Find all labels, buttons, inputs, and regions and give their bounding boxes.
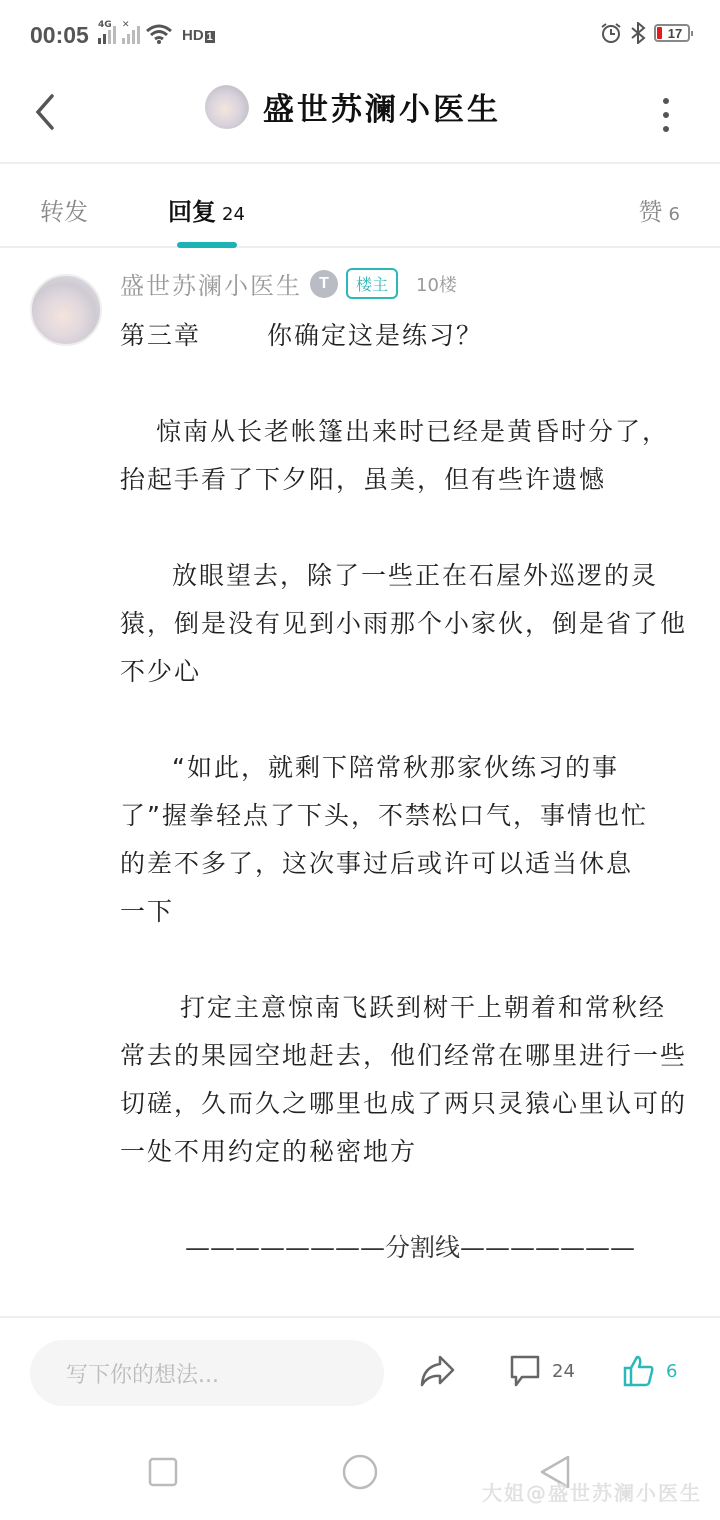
paragraph: “如此，就剩下陪常秋那家伙练习的事了”握拳轻点了下头，不禁松口气，事情也忙的差不…	[120, 744, 690, 936]
comment-count: 24	[552, 1361, 575, 1382]
square-icon	[148, 1457, 178, 1487]
level-badge-icon: T	[310, 270, 338, 298]
page-title: 盛世苏澜小医生	[263, 84, 501, 129]
share-button[interactable]	[418, 1354, 456, 1388]
chapter-number: 第三章	[120, 312, 201, 360]
chevron-left-icon	[30, 92, 60, 132]
post-content: 第三章 你确定这是练习？ 惊南从长老帐篷出来时已经是黄昏时分了，抬起手看了下夕阳…	[120, 312, 690, 1272]
more-options-button[interactable]	[660, 98, 672, 132]
top-app-bar: 盛世苏澜小医生	[0, 70, 720, 164]
bottom-action-bar: 写下你的想法... 24 6	[0, 1316, 720, 1424]
battery-icon: 17	[654, 24, 690, 42]
home-button[interactable]	[341, 1453, 379, 1495]
back-button[interactable]	[30, 92, 60, 132]
status-bar: 00:05 4G ✕ HD1 17	[0, 0, 720, 70]
status-time: 00:05	[30, 22, 89, 49]
post-meta: 盛世苏澜小医生 T 楼主 10楼	[120, 266, 457, 301]
paragraph: 放眼望去，除了一些正在石屋外巡逻的灵猿，倒是没有见到小雨那个小家伙，倒是省了他不…	[120, 552, 690, 696]
status-icons-left: 4G ✕ HD1	[98, 24, 215, 44]
author-name[interactable]: 盛世苏澜小医生	[120, 266, 302, 301]
signal-4g-icon: 4G	[98, 24, 116, 44]
share-icon	[418, 1354, 456, 1388]
tab-likes[interactable]: 赞6	[639, 192, 680, 227]
bluetooth-icon	[630, 22, 646, 44]
section-divider: ————————分割线———————	[120, 1224, 690, 1272]
comment-button[interactable]: 24	[508, 1354, 575, 1388]
watermark: 大姐@盛世苏澜小医生	[482, 1477, 702, 1506]
owner-badge: 楼主	[346, 268, 398, 299]
tab-repost[interactable]: 转发	[40, 192, 88, 227]
system-nav-bar: 大姐@盛世苏澜小医生	[0, 1424, 720, 1520]
floor-number: 10楼	[416, 271, 457, 297]
paragraph: 惊南从长老帐篷出来时已经是黄昏时分了，抬起手看了下夕阳，虽美，但有些许遗憾	[120, 408, 690, 504]
avatar[interactable]	[30, 274, 102, 346]
wifi-icon	[146, 24, 172, 44]
tab-replies[interactable]: 回复24	[168, 192, 245, 227]
reply-input[interactable]: 写下你的想法...	[30, 1340, 384, 1406]
like-button[interactable]: 6	[622, 1354, 677, 1388]
header-avatar	[205, 85, 249, 129]
comment-icon	[508, 1354, 542, 1388]
like-count: 6	[666, 1361, 677, 1382]
alarm-icon	[600, 22, 622, 44]
paragraph: 打定主意惊南飞跃到树干上朝着和常秋经常去的果园空地赶去，他们经常在哪里进行一些切…	[120, 984, 690, 1176]
header-title-group[interactable]: 盛世苏澜小医生	[205, 84, 501, 129]
thumbs-up-icon	[622, 1354, 656, 1388]
signal-no-service-icon: ✕	[122, 24, 140, 44]
recent-apps-button[interactable]	[148, 1457, 178, 1491]
tab-bar: 转发 回复24 赞6	[0, 166, 720, 248]
chapter-title: 你确定这是练习？	[267, 312, 483, 360]
active-tab-indicator	[177, 242, 237, 248]
circle-icon	[341, 1453, 379, 1491]
more-vertical-icon	[663, 98, 669, 104]
chapter-heading: 第三章 你确定这是练习？	[120, 312, 690, 360]
status-icons-right: 17	[600, 22, 690, 44]
hd-voice-icon: HD1	[182, 27, 215, 44]
